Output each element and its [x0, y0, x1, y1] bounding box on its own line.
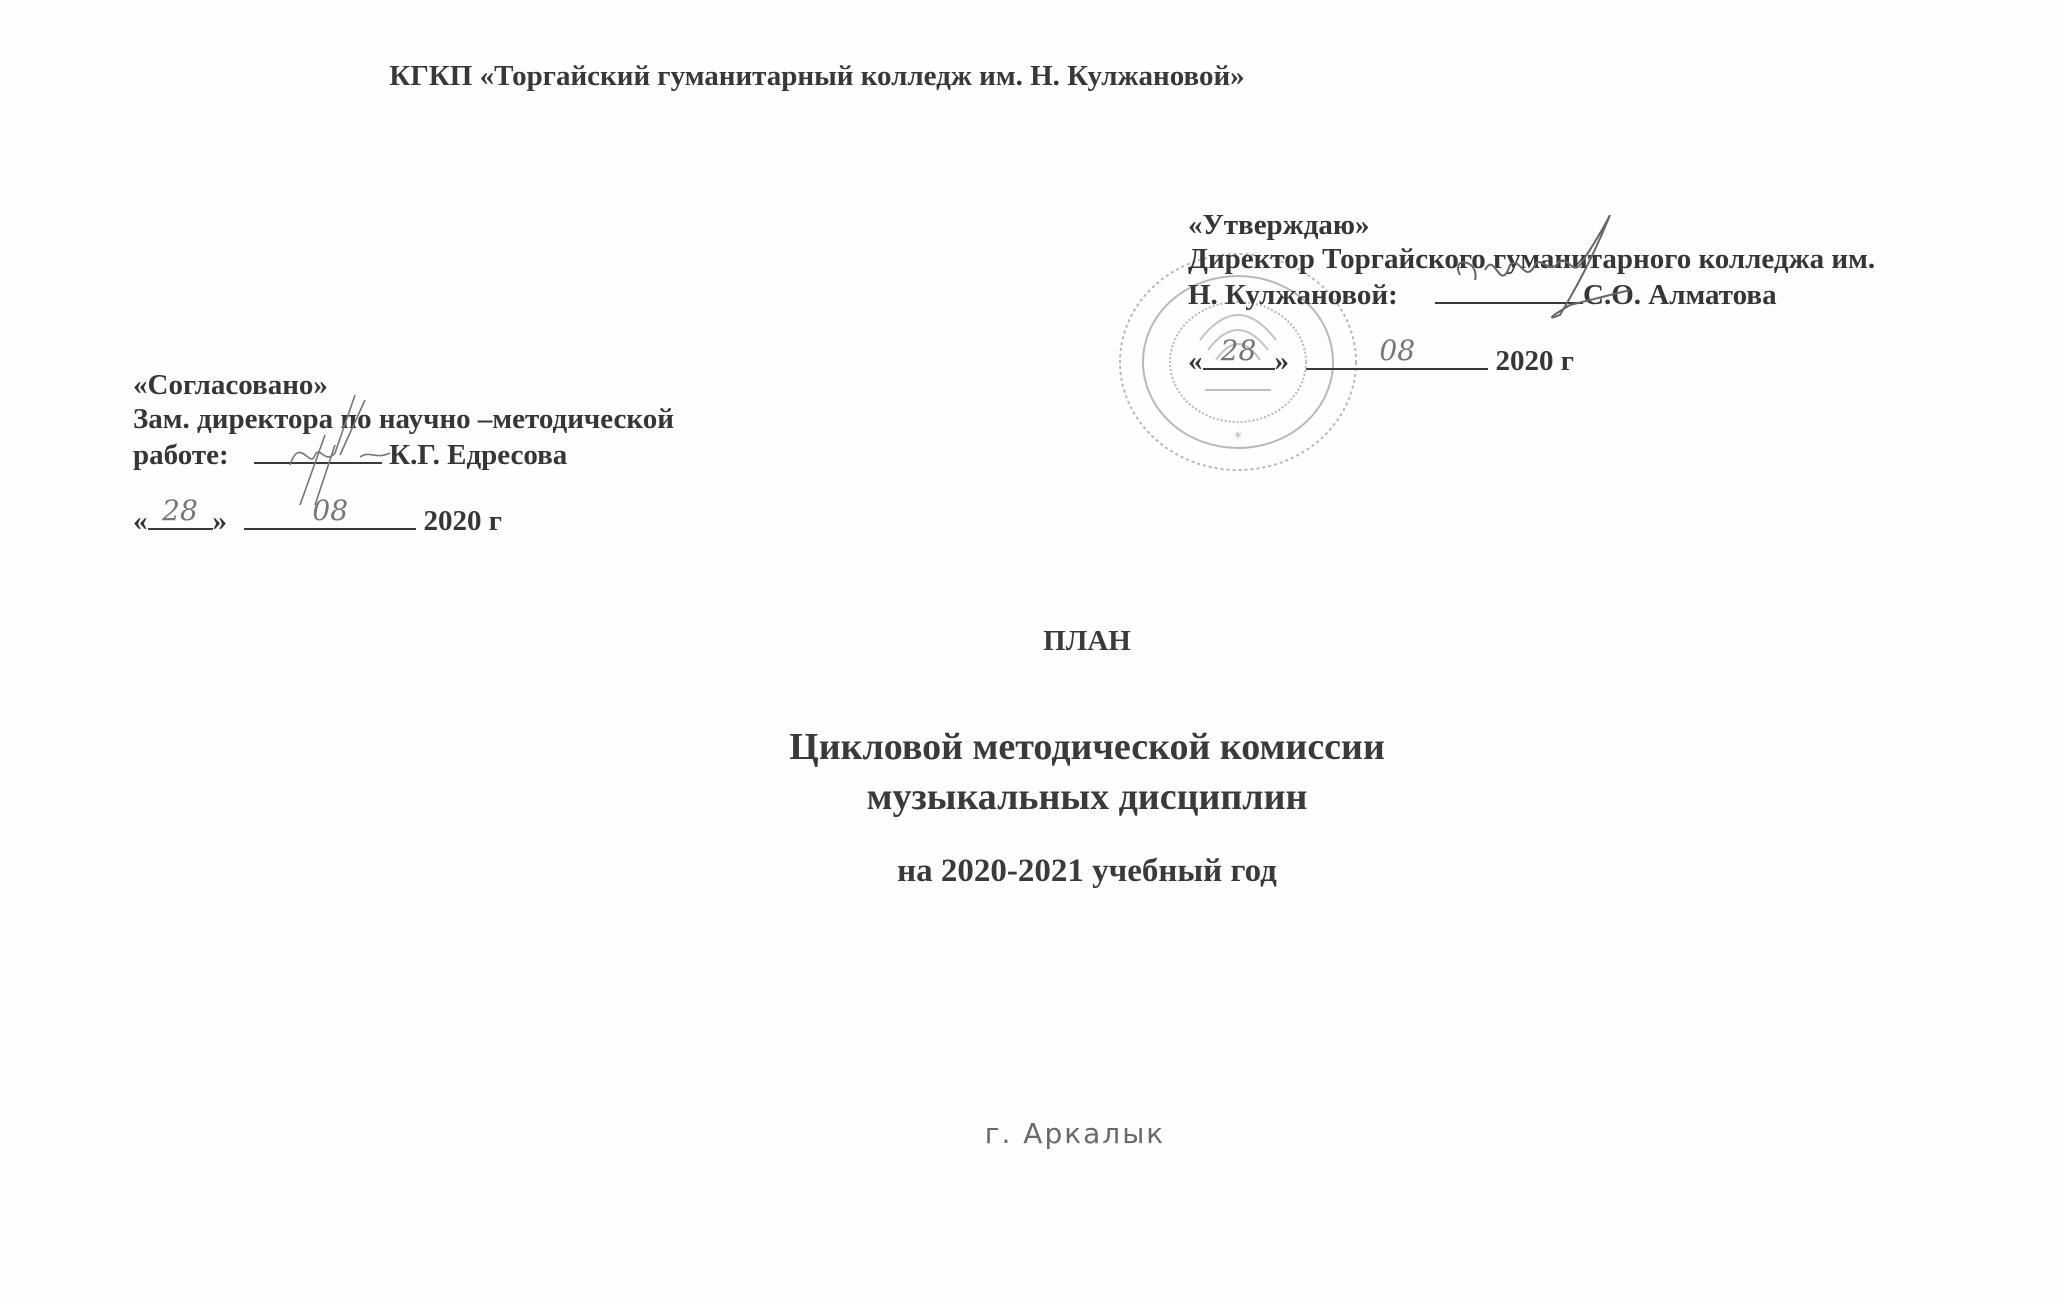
approval-month-handwritten: 08 — [1306, 334, 1488, 368]
organization-title: КГКП «Торгайский гуманитарный колледж им… — [0, 60, 1634, 93]
approval-year: 2020 г — [1496, 345, 1574, 377]
agreement-signatory: К.Г. Едресова — [389, 439, 567, 471]
quote-close: » — [213, 505, 228, 537]
deputy-signature-icon — [280, 395, 400, 505]
svg-text:*: * — [1235, 430, 1242, 446]
agreement-day-handwritten: 28 — [148, 494, 213, 528]
plan-title-line1: Цикловой методической комиссии — [0, 722, 2064, 772]
agreement-block: «Согласовано» Зам. директора по научно –… — [133, 368, 674, 538]
agreement-year: 2020 г — [424, 505, 502, 537]
city: г. Аркалык — [0, 1117, 2064, 1150]
director-signature-icon — [1440, 215, 1640, 325]
agreement-heading: «Согласовано» — [133, 368, 674, 402]
plan-heading: ПЛАН — [0, 625, 2064, 658]
quote-open: « — [133, 505, 148, 537]
agreement-month-field: 08 — [244, 502, 416, 530]
quote-close: » — [1275, 345, 1290, 377]
plan-title-line2: музыкальных дисциплин — [0, 772, 2064, 822]
academic-year: на 2020-2021 учебный год — [0, 853, 2064, 890]
agreement-signature-line: работе: К.Г. Едресова — [133, 436, 674, 472]
approval-date: «28» 08 2020 г — [1188, 342, 1875, 378]
agreement-day-field: 28 — [148, 502, 213, 530]
agreement-position: Зам. директора по научно –методической — [133, 402, 674, 436]
quote-open: « — [1188, 345, 1203, 377]
approval-day-field: 28 — [1203, 342, 1275, 370]
approval-position-cont: Н. Кулжановой: — [1188, 279, 1398, 311]
agreement-date: «28» 08 2020 г — [133, 502, 674, 538]
approval-day-handwritten: 28 — [1203, 334, 1275, 368]
agreement-position-cont: работе: — [133, 439, 229, 471]
approval-month-field: 08 — [1306, 342, 1488, 370]
plan-title: Цикловой методической комиссии музыкальн… — [0, 722, 2064, 822]
